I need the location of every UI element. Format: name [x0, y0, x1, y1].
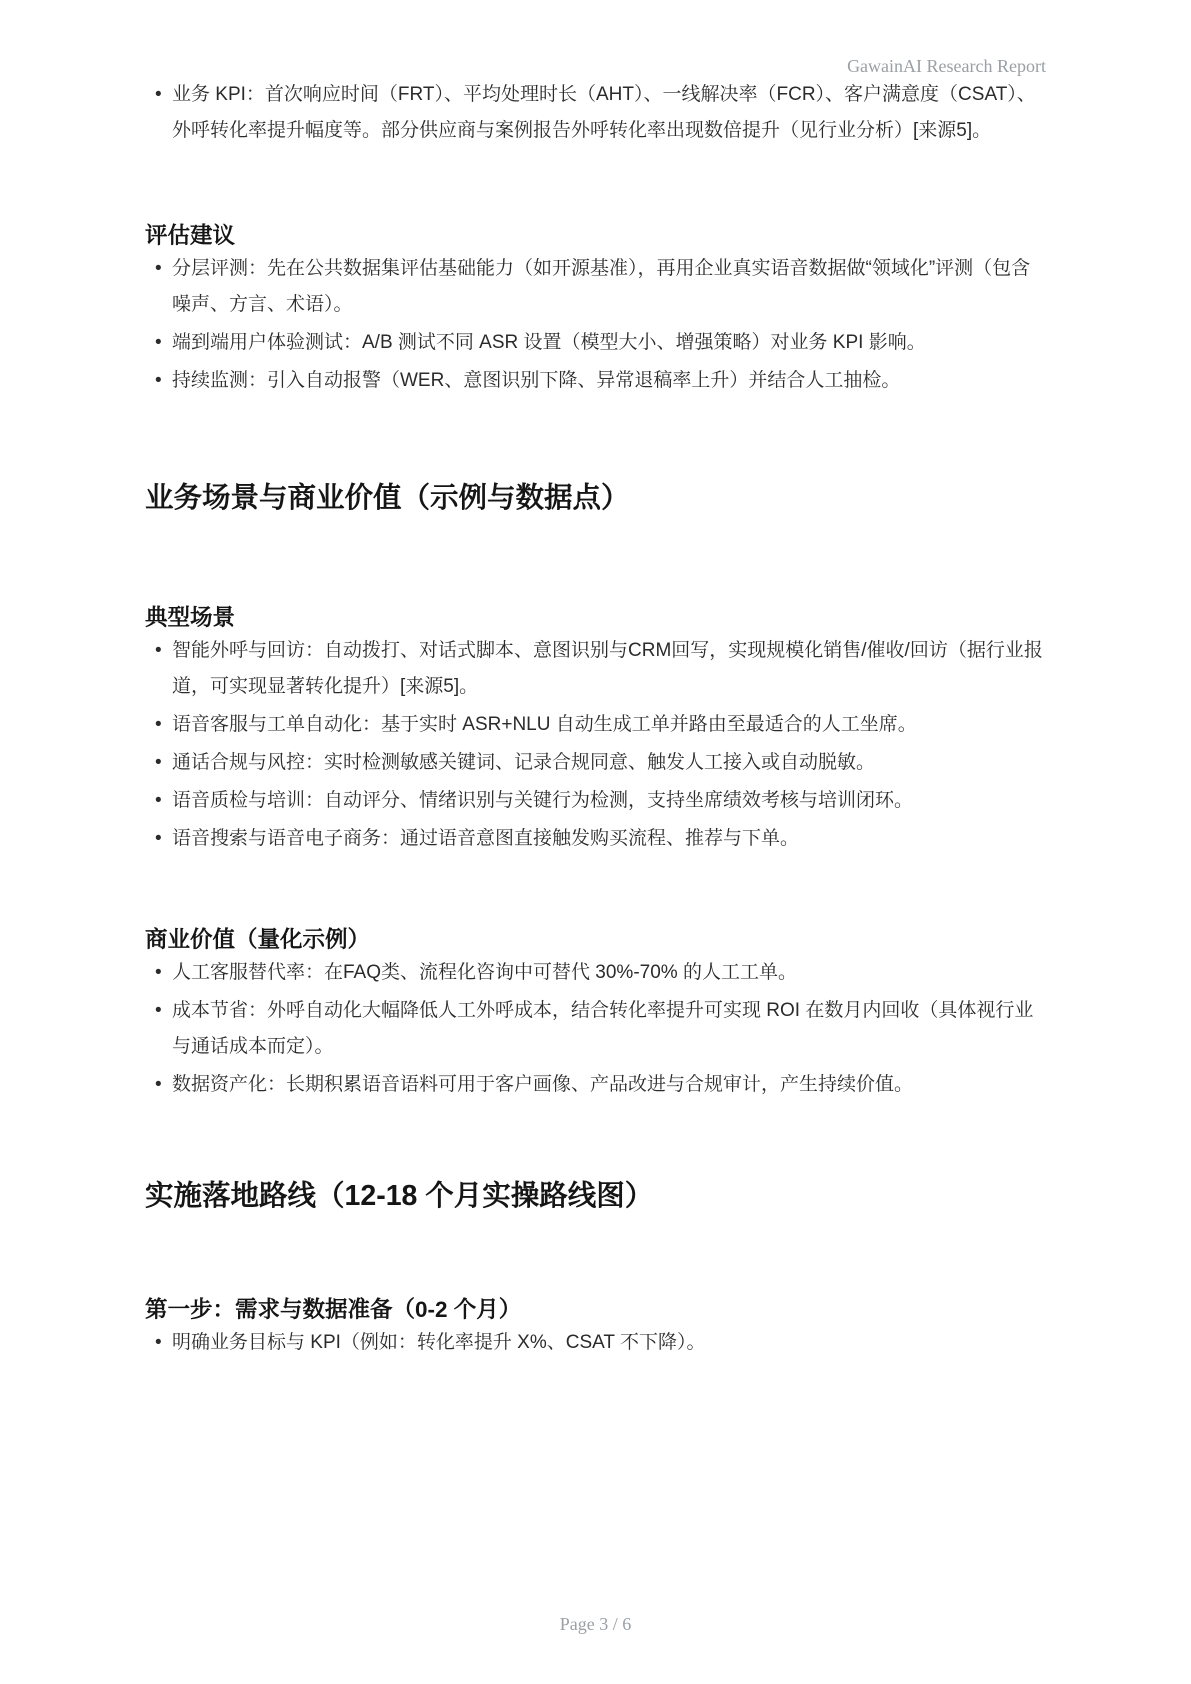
value-bullet-list: 人工客服替代率：在FAQ类、流程化咨询中可替代 30%-70% 的人工工单。 成…	[145, 955, 1046, 1103]
list-item: 人工客服替代率：在FAQ类、流程化咨询中可替代 30%-70% 的人工工单。	[145, 955, 1046, 991]
section-heading-business-value: 业务场景与商业价值（示例与数据点）	[145, 479, 1046, 517]
list-item: 数据资产化：长期积累语音语料可用于客户画像、产品改进与合规审计，产生持续价值。	[145, 1067, 1046, 1103]
list-item: 语音质检与培训：自动评分、情绪识别与关键行为检测，支持坐席绩效考核与培训闭环。	[145, 783, 1046, 819]
list-item: 端到端用户体验测试：A/B 测试不同 ASR 设置（模型大小、增强策略）对业务 …	[145, 325, 1046, 361]
page-footer: Page 3 / 6	[0, 1613, 1191, 1635]
list-item: 分层评测：先在公共数据集评估基础能力（如开源基准），再用企业真实语音数据做“领域…	[145, 251, 1046, 323]
list-item: 语音搜索与语音电子商务：通过语音意图直接触发购买流程、推荐与下单。	[145, 821, 1046, 857]
section-heading-step1: 第一步：需求与数据准备（0-2 个月）	[145, 1295, 1046, 1325]
scenarios-bullet-list: 智能外呼与回访：自动拨打、对话式脚本、意图识别与CRM回写，实现规模化销售/催收…	[145, 633, 1046, 857]
list-item: 持续监测：引入自动报警（WER、意图识别下降、异常退稿率上升）并结合人工抽检。	[145, 363, 1046, 399]
section-heading-typical-scenarios: 典型场景	[145, 603, 1046, 633]
list-item: 业务 KPI：首次响应时间（FRT）、平均处理时长（AHT）、一线解决率（FCR…	[145, 77, 1046, 149]
page-number: Page 3 / 6	[560, 1614, 632, 1634]
page-header: GawainAI Research Report	[145, 55, 1046, 77]
list-item: 语音客服与工单自动化：基于实时 ASR+NLU 自动生成工单并路由至最适合的人工…	[145, 707, 1046, 743]
list-item: 智能外呼与回访：自动拨打、对话式脚本、意图识别与CRM回写，实现规模化销售/催收…	[145, 633, 1046, 705]
report-page: GawainAI Research Report 业务 KPI：首次响应时间（F…	[0, 0, 1191, 1684]
step1-bullet-list: 明确业务目标与 KPI（例如：转化率提升 X%、CSAT 不下降）。	[145, 1325, 1046, 1361]
kpi-bullet-list: 业务 KPI：首次响应时间（FRT）、平均处理时长（AHT）、一线解决率（FCR…	[145, 77, 1046, 149]
list-item: 成本节省：外呼自动化大幅降低人工外呼成本，结合转化率提升可实现 ROI 在数月内…	[145, 993, 1046, 1065]
section-heading-evaluation: 评估建议	[145, 221, 1046, 251]
document-body: 业务 KPI：首次响应时间（FRT）、平均处理时长（AHT）、一线解决率（FCR…	[145, 77, 1046, 1361]
section-heading-roadmap: 实施落地路线（12-18 个月实操路线图）	[145, 1177, 1046, 1215]
list-item: 通话合规与风控：实时检测敏感关键词、记录合规同意、触发人工接入或自动脱敏。	[145, 745, 1046, 781]
evaluation-bullet-list: 分层评测：先在公共数据集评估基础能力（如开源基准），再用企业真实语音数据做“领域…	[145, 251, 1046, 399]
list-item: 明确业务目标与 KPI（例如：转化率提升 X%、CSAT 不下降）。	[145, 1325, 1046, 1361]
report-title: GawainAI Research Report	[847, 56, 1046, 76]
section-heading-commercial-value: 商业价值（量化示例）	[145, 925, 1046, 955]
